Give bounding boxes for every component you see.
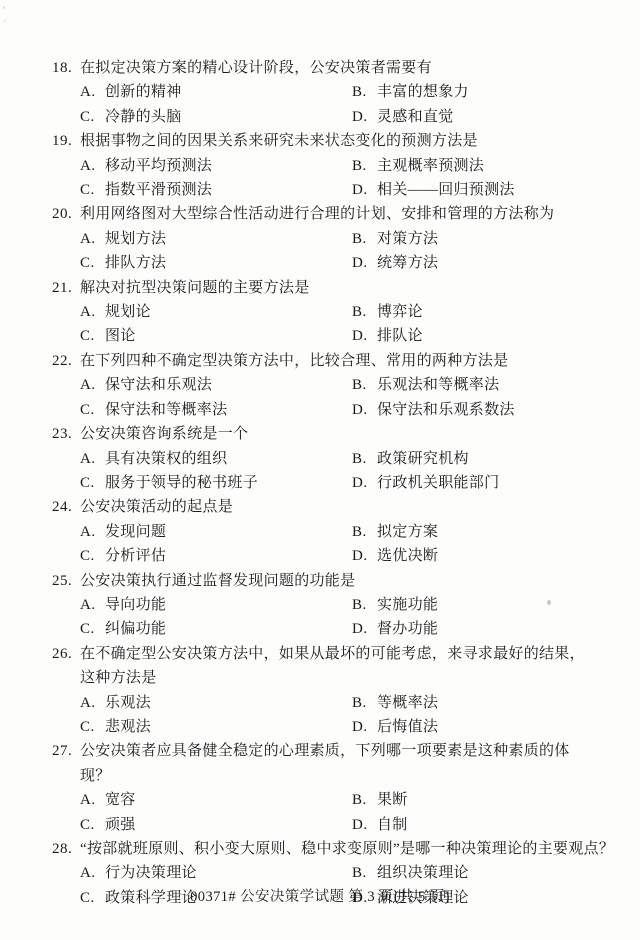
option-text: 保守法和乐观法: [105, 377, 212, 393]
option-label: A.: [80, 593, 105, 617]
option-text: 创新的精神: [105, 84, 182, 100]
question-stem: 在下列四种不确定型决策方法中，比较合理、常用的两种方法是: [80, 349, 508, 373]
option-B: B.拟定方案: [352, 520, 438, 544]
option-label: D.: [352, 398, 377, 422]
option-label: B.: [352, 593, 377, 617]
page-footer: 00371# 公安决策学试题 第 3 页(共 5 页): [0, 886, 640, 908]
option-label: D.: [352, 715, 377, 739]
question-27: 27.公安决策者应具备健全稳定的心理素质，下列哪一项要素是这种素质的体现？A.宽…: [52, 739, 604, 837]
exam-page: 18.在拟定决策方案的精心设计阶段，公安决策者需要有A.创新的精神B.丰富的想象…: [0, 0, 640, 940]
option-label: C.: [80, 715, 105, 739]
question-stem: 公安决策执行通过监督发现问题的功能是: [80, 569, 355, 593]
option-D: D.督办功能: [352, 617, 438, 641]
option-label: C.: [80, 617, 105, 641]
option-C: C.指数平滑预测法: [80, 178, 352, 202]
scan-artifact: [547, 600, 551, 605]
option-label: D.: [352, 105, 377, 129]
option-label: D.: [352, 471, 377, 495]
option-B: B.等概率法: [352, 691, 438, 715]
question-25: 25.公安决策执行通过监督发现问题的功能是A.导向功能B.实施功能C.纠偏功能D…: [52, 569, 604, 642]
option-D: D.相关——回归预测法: [352, 178, 515, 202]
option-B: B.乐观法和等概率法: [352, 373, 499, 397]
option-row: A.具有决策权的组织B.政策研究机构: [52, 447, 604, 471]
option-label: D.: [352, 617, 377, 641]
option-text: 导向功能: [105, 597, 166, 613]
option-text: 悲观法: [105, 719, 151, 735]
option-row: C.排队方法D.统筹方法: [52, 251, 604, 275]
option-D: D.自制: [352, 813, 408, 837]
option-label: C.: [80, 544, 105, 568]
option-text: 督办功能: [377, 621, 438, 637]
option-label: C.: [80, 324, 105, 348]
option-C: C.顽强: [80, 813, 352, 837]
option-text: 等概率法: [377, 695, 438, 711]
option-label: B.: [352, 861, 377, 885]
question-22: 22.在下列四种不确定型决策方法中，比较合理、常用的两种方法是A.保守法和乐观法…: [52, 349, 604, 422]
option-D: D.行政机关职能部门: [352, 471, 499, 495]
option-row: A.创新的精神B.丰富的想象力: [52, 80, 604, 104]
option-text: 博弈论: [377, 304, 423, 320]
option-label: A.: [80, 154, 105, 178]
option-A: A.保守法和乐观法: [80, 373, 352, 397]
question-line: 21.解决对抗型决策问题的主要方法是: [52, 276, 604, 300]
question-number: 19.: [52, 129, 80, 153]
option-label: B.: [352, 227, 377, 251]
option-text: 拟定方案: [377, 524, 438, 540]
option-C: C.保守法和等概率法: [80, 398, 352, 422]
option-C: C.纠偏功能: [80, 617, 352, 641]
question-stem: 公安决策咨询系统是一个: [80, 422, 248, 446]
option-row: C.保守法和等概率法D.保守法和乐观系数法: [52, 398, 604, 422]
option-C: C.冷静的头脑: [80, 105, 352, 129]
option-C: C.排队方法: [80, 251, 352, 275]
option-label: C.: [80, 251, 105, 275]
option-A: A.发现问题: [80, 520, 352, 544]
question-stem: 根据事物之间的因果关系来研究未来状态变化的预测方法是: [80, 129, 478, 153]
option-text: 保守法和乐观系数法: [377, 402, 515, 418]
footer-text: 00371# 公安决策学试题 第 3 页(共 5 页): [190, 889, 450, 905]
option-row: C.指数平滑预测法D.相关——回归预测法: [52, 178, 604, 202]
option-B: B.对策方法: [352, 227, 438, 251]
option-row: C.悲观法D.后悔值法: [52, 715, 604, 739]
question-18: 18.在拟定决策方案的精心设计阶段，公安决策者需要有A.创新的精神B.丰富的想象…: [52, 56, 604, 129]
question-line: 25.公安决策执行通过监督发现问题的功能是: [52, 569, 604, 593]
option-text: 自制: [377, 817, 408, 833]
option-B: B.主观概率预测法: [352, 154, 484, 178]
option-B: B.丰富的想象力: [352, 80, 469, 104]
question-stem: 公安决策者应具备健全稳定的心理素质，下列哪一项要素是这种素质的体现？: [80, 739, 596, 788]
option-text: 移动平均预测法: [105, 158, 212, 174]
option-B: B.组织决策理论: [352, 861, 469, 885]
option-label: A.: [80, 80, 105, 104]
question-line: 24.公安决策活动的起点是: [52, 495, 604, 519]
question-number: 23.: [52, 422, 80, 446]
option-text: 规划方法: [105, 231, 166, 247]
option-text: 果断: [377, 792, 408, 808]
option-A: A.创新的精神: [80, 80, 352, 104]
question-stem: “按部就班原则、积小变大原则、稳中求变原则”是哪一种决策理论的主要观点？: [80, 837, 614, 861]
option-row: A.行为决策理论B.组织决策理论: [52, 861, 604, 885]
option-text: 乐观法: [105, 695, 151, 711]
question-23: 23.公安决策咨询系统是一个A.具有决策权的组织B.政策研究机构C.服务于领导的…: [52, 422, 604, 495]
option-A: A.规划论: [80, 300, 352, 324]
question-line: 20.利用网络图对大型综合性活动进行合理的计划、安排和管理的方法称为: [52, 202, 604, 226]
option-row: A.规划论B.博弈论: [52, 300, 604, 324]
option-C: C.图论: [80, 324, 352, 348]
question-26: 26.在不确定型公安决策方法中，如果从最坏的可能考虑，来寻求最好的结果，这种方法…: [52, 642, 604, 740]
option-A: A.宽容: [80, 788, 352, 812]
question-stem: 在不确定型公安决策方法中，如果从最坏的可能考虑，来寻求最好的结果，这种方法是: [80, 642, 596, 691]
option-text: 规划论: [105, 304, 151, 320]
question-line: 19.根据事物之间的因果关系来研究未来状态变化的预测方法是: [52, 129, 604, 153]
option-label: B.: [352, 520, 377, 544]
option-label: D.: [352, 251, 377, 275]
option-row: A.乐观法B.等概率法: [52, 691, 604, 715]
question-number: 25.: [52, 569, 80, 593]
option-label: B.: [352, 447, 377, 471]
option-text: 主观概率预测法: [377, 158, 484, 174]
question-number: 22.: [52, 349, 80, 373]
question-line: 26.在不确定型公安决策方法中，如果从最坏的可能考虑，来寻求最好的结果，这种方法…: [52, 642, 604, 691]
option-label: A.: [80, 691, 105, 715]
option-D: D.灵感和直觉: [352, 105, 454, 129]
option-row: A.规划方法B.对策方法: [52, 227, 604, 251]
option-row: C.服务于领导的秘书班子D.行政机关职能部门: [52, 471, 604, 495]
option-A: A.导向功能: [80, 593, 352, 617]
question-number: 20.: [52, 202, 80, 226]
option-C: C.分析评估: [80, 544, 352, 568]
option-text: 排队论: [377, 328, 423, 344]
option-label: D.: [352, 324, 377, 348]
scan-artifact: [179, 893, 182, 895]
option-label: C.: [80, 471, 105, 495]
option-text: 行为决策理论: [105, 865, 197, 881]
option-B: B.实施功能: [352, 593, 438, 617]
question-line: 28.“按部就班原则、积小变大原则、稳中求变原则”是哪一种决策理论的主要观点？: [52, 837, 604, 861]
option-D: D.统筹方法: [352, 251, 438, 275]
option-B: B.博弈论: [352, 300, 423, 324]
question-stem: 在拟定决策方案的精心设计阶段，公安决策者需要有: [80, 56, 432, 80]
option-text: 排队方法: [105, 255, 166, 271]
option-A: A.乐观法: [80, 691, 352, 715]
option-D: D.后悔值法: [352, 715, 438, 739]
option-text: 灵感和直觉: [377, 109, 454, 125]
option-row: C.图论D.排队论: [52, 324, 604, 348]
question-stem: 公安决策活动的起点是: [80, 495, 233, 519]
option-row: C.顽强D.自制: [52, 813, 604, 837]
question-line: 27.公安决策者应具备健全稳定的心理素质，下列哪一项要素是这种素质的体现？: [52, 739, 604, 788]
question-19: 19.根据事物之间的因果关系来研究未来状态变化的预测方法是A.移动平均预测法B.…: [52, 129, 604, 202]
option-text: 分析评估: [105, 548, 166, 564]
question-number: 26.: [52, 642, 80, 666]
option-B: B.政策研究机构: [352, 447, 469, 471]
option-label: C.: [80, 398, 105, 422]
option-label: A.: [80, 520, 105, 544]
option-A: A.行为决策理论: [80, 861, 352, 885]
option-label: A.: [80, 788, 105, 812]
option-row: A.宽容B.果断: [52, 788, 604, 812]
option-label: C.: [80, 105, 105, 129]
option-text: 冷静的头脑: [105, 109, 182, 125]
option-text: 统筹方法: [377, 255, 438, 271]
option-text: 指数平滑预测法: [105, 182, 212, 198]
question-list: 18.在拟定决策方案的精心设计阶段，公安决策者需要有A.创新的精神B.丰富的想象…: [52, 56, 604, 910]
option-D: D.排队论: [352, 324, 423, 348]
option-label: A.: [80, 447, 105, 471]
option-label: C.: [80, 813, 105, 837]
option-text: 后悔值法: [377, 719, 438, 735]
option-text: 实施功能: [377, 597, 438, 613]
option-text: 宽容: [105, 792, 136, 808]
option-row: A.移动平均预测法B.主观概率预测法: [52, 154, 604, 178]
scan-artifact: [184, 899, 187, 901]
scan-artifact: [4, 20, 6, 22]
option-label: A.: [80, 861, 105, 885]
option-D: D.选优决断: [352, 544, 438, 568]
option-text: 保守法和等概率法: [105, 402, 227, 418]
option-text: 图论: [105, 328, 136, 344]
question-number: 21.: [52, 276, 80, 300]
option-label: B.: [352, 373, 377, 397]
option-label: D.: [352, 813, 377, 837]
option-label: D.: [352, 178, 377, 202]
option-label: C.: [80, 178, 105, 202]
option-C: C.悲观法: [80, 715, 352, 739]
option-text: 对策方法: [377, 231, 438, 247]
option-text: 纠偏功能: [105, 621, 166, 637]
option-text: 发现问题: [105, 524, 166, 540]
option-row: A.导向功能B.实施功能: [52, 593, 604, 617]
option-text: 政策研究机构: [377, 451, 469, 467]
question-number: 18.: [52, 56, 80, 80]
option-label: B.: [352, 300, 377, 324]
option-label: B.: [352, 788, 377, 812]
option-text: 丰富的想象力: [377, 84, 469, 100]
option-text: 乐观法和等概率法: [377, 377, 499, 393]
option-row: A.发现问题B.拟定方案: [52, 520, 604, 544]
question-21: 21.解决对抗型决策问题的主要方法是A.规划论B.博弈论C.图论D.排队论: [52, 276, 604, 349]
question-24: 24.公安决策活动的起点是A.发现问题B.拟定方案C.分析评估D.选优决断: [52, 495, 604, 568]
option-A: A.规划方法: [80, 227, 352, 251]
question-line: 23.公安决策咨询系统是一个: [52, 422, 604, 446]
option-B: B.果断: [352, 788, 408, 812]
question-number: 28.: [52, 837, 80, 861]
question-stem: 利用网络图对大型综合性活动进行合理的计划、安排和管理的方法称为: [80, 202, 554, 226]
option-row: A.保守法和乐观法B.乐观法和等概率法: [52, 373, 604, 397]
option-label: A.: [80, 373, 105, 397]
option-label: A.: [80, 300, 105, 324]
question-20: 20.利用网络图对大型综合性活动进行合理的计划、安排和管理的方法称为A.规划方法…: [52, 202, 604, 275]
option-C: C.服务于领导的秘书班子: [80, 471, 352, 495]
option-text: 具有决策权的组织: [105, 451, 227, 467]
option-row: C.分析评估D.选优决断: [52, 544, 604, 568]
option-row: C.冷静的头脑D.灵感和直觉: [52, 105, 604, 129]
option-label: B.: [352, 80, 377, 104]
option-A: A.移动平均预测法: [80, 154, 352, 178]
option-text: 顽强: [105, 817, 136, 833]
option-label: B.: [352, 691, 377, 715]
question-number: 24.: [52, 495, 80, 519]
option-row: C.纠偏功能D.督办功能: [52, 617, 604, 641]
option-text: 选优决断: [377, 548, 438, 564]
option-text: 组织决策理论: [377, 865, 469, 881]
question-stem: 解决对抗型决策问题的主要方法是: [80, 276, 310, 300]
scan-artifact: [3, 6, 5, 9]
question-number: 27.: [52, 739, 80, 763]
question-line: 18.在拟定决策方案的精心设计阶段，公安决策者需要有: [52, 56, 604, 80]
option-A: A.具有决策权的组织: [80, 447, 352, 471]
option-text: 行政机关职能部门: [377, 475, 499, 491]
option-label: B.: [352, 154, 377, 178]
option-label: D.: [352, 544, 377, 568]
question-line: 22.在下列四种不确定型决策方法中，比较合理、常用的两种方法是: [52, 349, 604, 373]
option-D: D.保守法和乐观系数法: [352, 398, 515, 422]
option-text: 服务于领导的秘书班子: [105, 475, 258, 491]
option-text: 相关——回归预测法: [377, 182, 515, 198]
option-label: A.: [80, 227, 105, 251]
